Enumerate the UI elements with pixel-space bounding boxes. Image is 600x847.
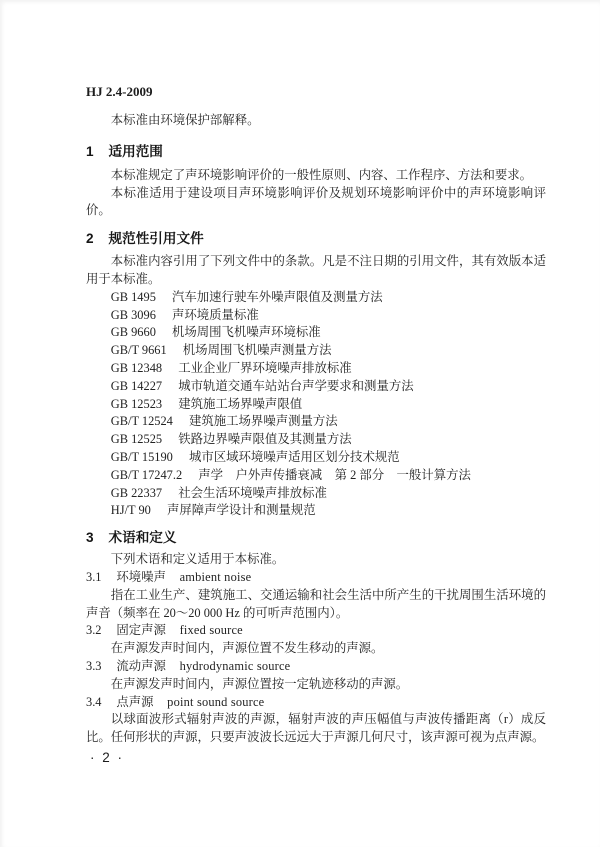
section-1-paragraph-1: 本标准规定了声环境影响评价的一般性原则、内容、工作程序、方法和要求。: [86, 167, 546, 185]
reference-title: 声学 户外声传播衰减 第 2 部分 一般计算方法: [198, 468, 471, 482]
reference-title: 工业企业厂界环境噪声排放标准: [178, 361, 351, 375]
reference-code: GB 12348: [111, 361, 162, 375]
term-number: 3.4: [86, 695, 102, 709]
section-1-number: 1: [86, 144, 94, 159]
term-definition: 在声源发声时间内，声源位置按一定轨迹移动的声源。: [86, 676, 546, 694]
term-number: 3.1: [86, 570, 102, 584]
reference-code: GB 3096: [111, 308, 156, 322]
reference-item: GB/T 17247.2声学 户外声传播衰减 第 2 部分 一般计算方法: [111, 467, 546, 485]
term-name-en: fixed source: [180, 623, 243, 637]
reference-code: GB 1495: [111, 290, 156, 304]
page-content: HJ 2.4-2009 本标准由环境保护部解释。 1适用范围 本标准规定了声环境…: [86, 84, 546, 747]
section-1-paragraph-2: 本标准适用于建设项目声环境影响评价及规划环境影响评价中的声环境影响评价。: [86, 185, 546, 221]
term-name-en: ambient noise: [180, 570, 252, 584]
reference-title: 声屏障声学设计和测量规范: [167, 503, 316, 517]
section-1-heading: 1适用范围: [86, 144, 546, 160]
reference-code: GB 12523: [111, 397, 162, 411]
term-name-zh: 流动声源: [116, 659, 166, 673]
reference-code: GB/T 17247.2: [111, 468, 182, 482]
term-definition: 指在工业生产、建筑施工、交通运输和社会生活中所产生的干扰周围生活环境的声音（频率…: [86, 587, 546, 623]
reference-code: GB 22337: [111, 486, 162, 500]
reference-code: GB/T 15190: [111, 450, 173, 464]
reference-title: 汽车加速行驶车外噪声限值及测量方法: [172, 290, 383, 304]
reference-item: GB/T 12524建筑施工场界噪声测量方法: [111, 413, 546, 431]
reference-title: 城市轨道交通车站站台声学要求和测量方法: [178, 379, 413, 393]
reference-code: GB/T 9661: [111, 343, 167, 357]
section-3-heading: 3术语和定义: [86, 530, 546, 546]
term-number: 3.3: [86, 659, 102, 673]
reference-title: 机场周围飞机噪声环境标准: [172, 325, 321, 339]
term-definition: 以球面波形式辐射声波的声源，辐射声波的声压幅值与声波传播距离（r）成反比。任何形…: [86, 711, 546, 747]
term-name-en: hydrodynamic source: [180, 659, 291, 673]
reference-item: HJ/T 90声屏障声学设计和测量规范: [111, 502, 546, 520]
reference-title: 铁路边界噪声限值及其测量方法: [178, 432, 351, 446]
term-heading: 3.1环境噪声ambient noise: [86, 569, 546, 587]
reference-item: GB 12348工业企业厂界环境噪声排放标准: [111, 360, 546, 378]
term-name-zh: 点声源: [116, 695, 153, 709]
reference-title: 机场周围飞机噪声测量方法: [183, 343, 332, 357]
reference-item: GB 12525铁路边界噪声限值及其测量方法: [111, 431, 546, 449]
section-2-heading: 2规范性引用文件: [86, 231, 546, 247]
section-3-intro: 下列术语和定义适用于本标准。: [86, 551, 546, 569]
reference-item: GB/T 15190城市区域环境噪声适用区划分技术规范: [111, 449, 546, 467]
reference-item: GB 1495汽车加速行驶车外噪声限值及测量方法: [111, 289, 546, 307]
reference-title: 建筑施工场界噪声测量方法: [189, 414, 338, 428]
reference-item: GB 12523建筑施工场界噪声限值: [111, 396, 546, 414]
term-name-zh: 固定声源: [116, 623, 166, 637]
reference-code: GB/T 12524: [111, 414, 173, 428]
section-3-number: 3: [86, 530, 94, 545]
reference-item: GB 3096声环境质量标准: [111, 307, 546, 325]
section-1-title: 适用范围: [109, 144, 163, 159]
reference-code: GB 9660: [111, 325, 156, 339]
reference-code: HJ/T 90: [111, 503, 151, 517]
section-2-paragraph-1: 本标准内容引用了下列文件中的条款。凡是不注日期的引用文件，其有效版本适用于本标准…: [86, 253, 546, 289]
reference-title: 社会生活环境噪声排放标准: [178, 486, 327, 500]
reference-item: GB 22337社会生活环境噪声排放标准: [111, 485, 546, 503]
term-name-en: point sound source: [167, 695, 264, 709]
term-heading: 3.4点声源point sound source: [86, 694, 546, 712]
term-definition: 在声源发声时间内，声源位置不发生移动的声源。: [86, 640, 546, 658]
standard-code: HJ 2.4-2009: [86, 84, 546, 100]
reference-item: GB 14227城市轨道交通车站站台声学要求和测量方法: [111, 378, 546, 396]
reference-title: 城市区域环境噪声适用区划分技术规范: [189, 450, 400, 464]
section-2-title: 规范性引用文件: [109, 231, 204, 246]
reference-code: GB 14227: [111, 379, 162, 393]
term-heading: 3.3流动声源hydrodynamic source: [86, 658, 546, 676]
reference-item: GB 9660机场周围飞机噪声环境标准: [111, 324, 546, 342]
term-number: 3.2: [86, 623, 102, 637]
reference-title: 建筑施工场界噪声限值: [178, 397, 302, 411]
reference-item: GB/T 9661机场周围飞机噪声测量方法: [111, 342, 546, 360]
section-2-number: 2: [86, 231, 94, 246]
reference-title: 声环境质量标准: [172, 308, 259, 322]
section-3-title: 术语和定义: [109, 530, 177, 545]
reference-code: GB 12525: [111, 432, 162, 446]
term-name-zh: 环境噪声: [116, 570, 166, 584]
reference-list: GB 1495汽车加速行驶车外噪声限值及测量方法 GB 3096声环境质量标准 …: [86, 289, 546, 520]
page-number: · 2 ·: [90, 750, 124, 765]
term-heading: 3.2固定声源fixed source: [86, 622, 546, 640]
document-page: HJ 2.4-2009 本标准由环境保护部解释。 1适用范围 本标准规定了声环境…: [0, 0, 600, 847]
interpretation-note: 本标准由环境保护部解释。: [86, 112, 546, 130]
